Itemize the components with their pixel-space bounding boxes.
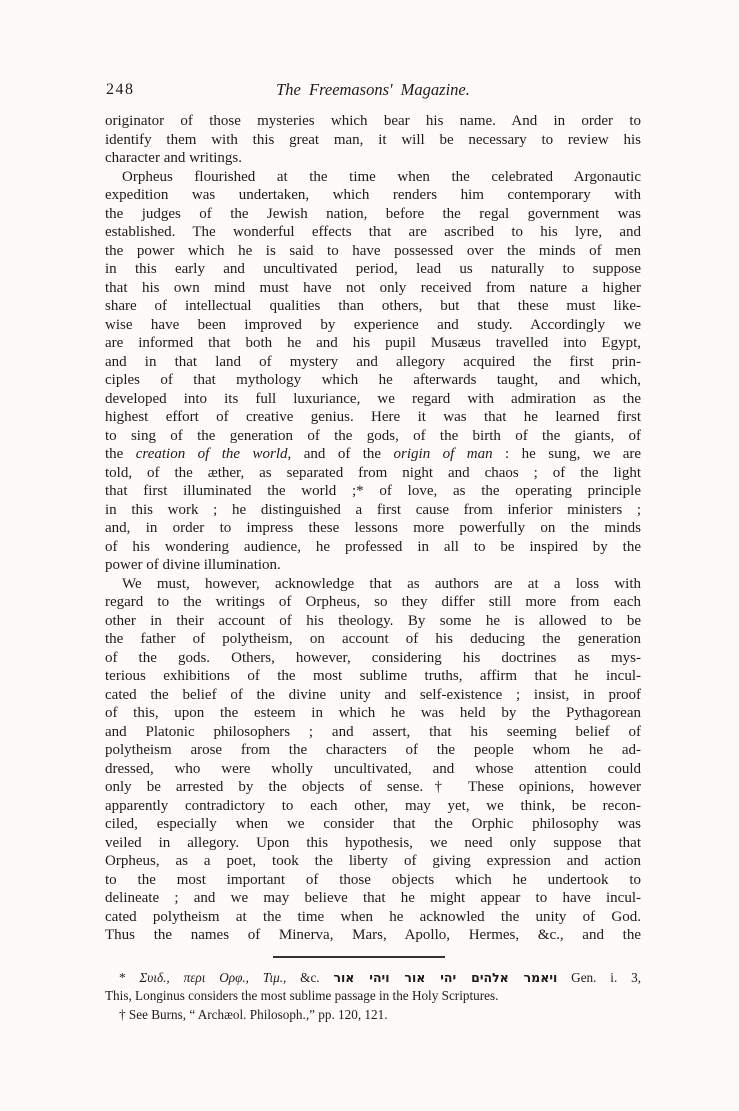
text-line: Orpheus flourished at the time when the … — [105, 168, 641, 187]
text-line: character and writings. — [105, 149, 641, 168]
running-title: The Freemasons' Magazine. — [105, 80, 641, 100]
text-line: Orpheus, as a poet, took the liberty of … — [105, 852, 641, 871]
footnote-divider — [273, 956, 445, 958]
text-segment: the — [105, 446, 136, 462]
text-line: of the gods. Others, however, considerin… — [105, 649, 641, 668]
text-line: We must, however, acknowledge that as au… — [105, 575, 641, 594]
scanned-page: 248 The Freemasons' Magazine. originator… — [0, 0, 739, 1111]
footnote-line: † See Burns, “ Archæol. Philosoph.,” pp.… — [105, 1006, 641, 1025]
italic-text: origin of man — [394, 446, 493, 462]
text-line: originator of those mysteries which bear… — [105, 112, 641, 131]
text-line: wise have been improved by experience an… — [105, 316, 641, 335]
text-line: and Platonic philosophers ; and assert, … — [105, 723, 641, 742]
text-line: to the most important of those objects w… — [105, 871, 641, 890]
text-line: highest effort of creative genius. Here … — [105, 408, 641, 427]
text-segment: , and of the — [288, 446, 394, 462]
text-segment: &c. — [286, 970, 333, 985]
text-line: Thus the names of Minerva, Mars, Apollo,… — [105, 926, 641, 945]
text-line: other in their account of his theology. … — [105, 612, 641, 631]
text-segment: * — [119, 970, 139, 985]
paragraph: Orpheus flourished at the time when the … — [105, 168, 641, 575]
text-line: terious exhibitions of the most sublime … — [105, 667, 641, 686]
text-line: and, in order to impress these lessons m… — [105, 519, 641, 538]
text-line: are informed that both he and his pupil … — [105, 334, 641, 353]
text-line: established. The wonderful effects that … — [105, 223, 641, 242]
text-line: the creation of the world, and of the or… — [105, 445, 641, 464]
text-line: told, of the æther, as separated from ni… — [105, 464, 641, 483]
page-header: 248 The Freemasons' Magazine. — [105, 80, 641, 102]
text-line: the father of polytheism, on account of … — [105, 630, 641, 649]
text-line: power of divine illumination. — [105, 556, 641, 575]
footnotes: * Συιδ., περι Ορφ., Τιμ., &c. ויאמר אלהי… — [105, 969, 641, 1025]
text-line: expedition was undertaken, which renders… — [105, 186, 641, 205]
italic-text: creation of the world — [136, 446, 288, 462]
text-line: share of intellectual qualities than oth… — [105, 297, 641, 316]
text-line: that his own mind must have not only rec… — [105, 279, 641, 298]
text-line: ciled, especially when we consider that … — [105, 815, 641, 834]
paragraph: originator of those mysteries which bear… — [105, 112, 641, 168]
text-line: apparently contradictory to each other, … — [105, 797, 641, 816]
text-line: in this work ; he distinguished a first … — [105, 501, 641, 520]
text-line: of this, upon the esteem in which he was… — [105, 704, 641, 723]
text-segment: † See Burns, “ Archæol. Philosoph.,” pp.… — [119, 1007, 388, 1022]
text-line: in this early and uncultivated period, l… — [105, 260, 641, 279]
text-line: cated polytheism at the time when he ack… — [105, 908, 641, 927]
text-segment: This, Longinus considers the most sublim… — [105, 988, 498, 1003]
text-line: polytheism arose from the characters of … — [105, 741, 641, 760]
text-line: the judges of the Jewish nation, before … — [105, 205, 641, 224]
footnote-line: This, Longinus considers the most sublim… — [105, 987, 641, 1006]
text-line: regard to the writings of Orpheus, so th… — [105, 593, 641, 612]
text-segment: Gen. i. 3, — [557, 970, 641, 985]
text-line: developed into its full luxuriance, we r… — [105, 390, 641, 409]
text-line: delineate ; and we may believe that he m… — [105, 889, 641, 908]
text-column: 248 The Freemasons' Magazine. originator… — [105, 80, 641, 1024]
text-line: dressed, who were wholly uncultivated, a… — [105, 760, 641, 779]
text-line: veiled in allegory. Upon this hypothesis… — [105, 834, 641, 853]
text-line: identify them with this great man, it wi… — [105, 131, 641, 150]
text-segment: : he sung, we are — [493, 446, 641, 462]
text-line: of his wondering audience, he professed … — [105, 538, 641, 557]
greek-text: Συιδ., περι Ορφ., Τιμ., — [139, 970, 286, 985]
hebrew-text: ויאמר אלהים יהי אור ויהי אור — [333, 970, 557, 985]
text-line: ciples of that mythology which he afterw… — [105, 371, 641, 390]
body-text: originator of those mysteries which bear… — [105, 112, 641, 945]
text-line: cated the belief of the divine unity and… — [105, 686, 641, 705]
text-line: and in that land of mystery and allegory… — [105, 353, 641, 372]
page-number: 248 — [106, 81, 135, 99]
text-line: that first illuminated the world ;* of l… — [105, 482, 641, 501]
text-line: to sing of the generation of the gods, o… — [105, 427, 641, 446]
text-line: the power which he is said to have posse… — [105, 242, 641, 261]
text-line: only be arrested by the objects of sense… — [105, 778, 641, 797]
paragraph: We must, however, acknowledge that as au… — [105, 575, 641, 945]
footnote-line: * Συιδ., περι Ορφ., Τιμ., &c. ויאמר אלהי… — [105, 969, 641, 988]
